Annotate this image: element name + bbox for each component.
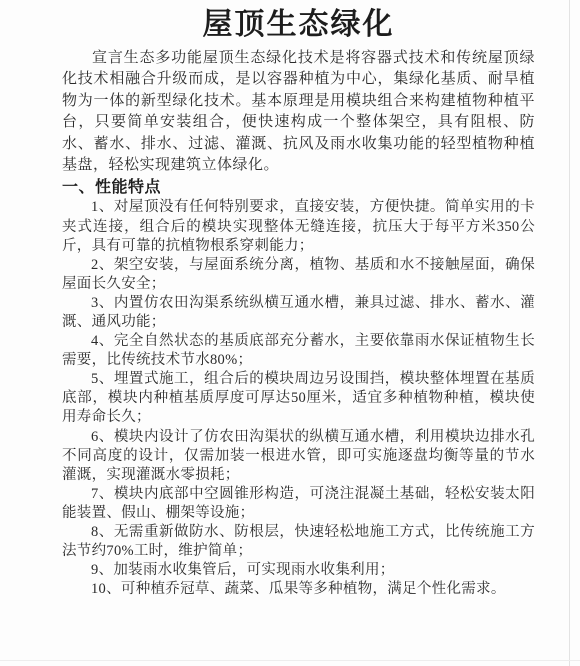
feature-item-5: 5、埋置式施工，组合后的模块周边另设围挡，模块整体埋置在基质底部，模块内种植基质… <box>62 370 535 427</box>
feature-item-7: 7、模块内底部中空圆锥形构造，可浇注混凝土基础，轻松安装太阳能装置、假山、棚架等… <box>62 485 535 523</box>
feature-item-3: 3、内置仿农田沟渠系统纵横互通水槽，兼具过滤、排水、蓄水、灌溉、通风功能； <box>62 294 535 332</box>
feature-item-1: 1、对屋顶没有任何特别要求，直接安装，方便快捷。简单实用的卡夹式连接，组合后的模… <box>62 198 535 255</box>
section-heading-performance-features: 一、性能特点 <box>62 177 535 198</box>
feature-item-8: 8、无需重新做防水、防根层，快速轻松地施工方式，比传统施工方法节约70%工时，维… <box>62 523 535 561</box>
intro-paragraph: 宣言生态多功能屋顶生态绿化技术是将容器式技术和传统屋顶绿化技术相融合升级而成，是… <box>62 48 535 176</box>
feature-item-10: 10、可种植乔冠草、蔬菜、瓜果等多种植物，满足个性化需求。 <box>62 580 535 599</box>
feature-item-9: 9、加装雨水收集管后，可实现雨水收集利用； <box>62 561 535 580</box>
document-content: 屋顶生态绿化 宣言生态多功能屋顶生态绿化技术是将容器式技术和传统屋顶绿化技术相融… <box>62 0 535 599</box>
scan-artifact-vertical-line <box>569 0 570 666</box>
feature-item-4: 4、完全自然状态的基质底部充分蓄水，主要依靠雨水保证植物生长需要，比传统技术节水… <box>62 332 535 370</box>
document-title: 屋顶生态绿化 <box>62 7 535 43</box>
feature-item-2: 2、架空安装，与屋面系统分离，植物、基质和水不接触屋面，确保屋面长久安全； <box>62 256 535 294</box>
document-page: 屋顶生态绿化 宣言生态多功能屋顶生态绿化技术是将容器式技术和传统屋顶绿化技术相融… <box>0 0 580 666</box>
scan-artifact-horizontal-line <box>0 660 580 661</box>
feature-item-6: 6、模块内设计了仿农田沟渠状的纵横互通水槽，利用模块边排水孔不同高度的设计，仅需… <box>62 428 535 485</box>
